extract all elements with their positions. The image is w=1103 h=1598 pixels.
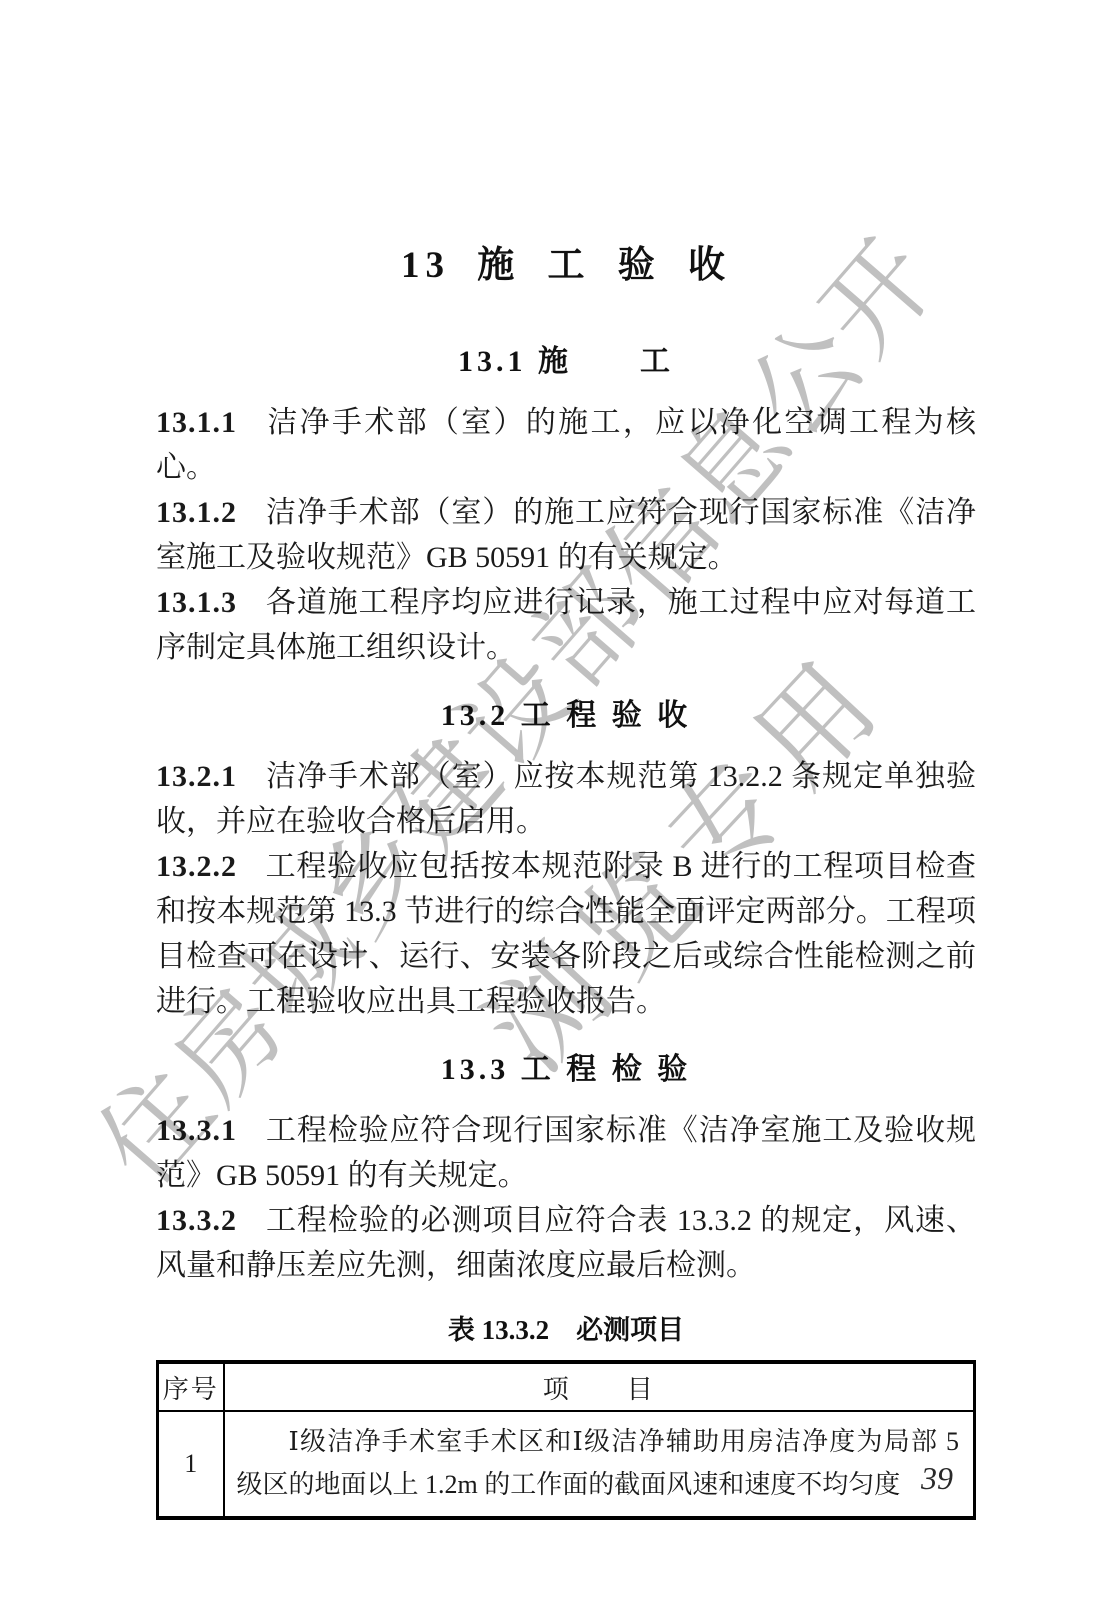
document-page: 13 施 工 验 收 13.1 施 工 13.1.1洁净手术部（室）的施工，应以… (0, 0, 1103, 1598)
page-number: 39 (921, 1460, 953, 1497)
clause-number: 13.1.3 (156, 586, 237, 619)
row-item-cell: Ⅰ级洁净手术室手术区和Ⅰ级洁净辅助用房洁净度为局部 5 级区的地面以上 1.2m… (224, 1411, 975, 1518)
clause-13-2-1: 13.2.1洁净手术部（室）应按本规范第 13.2.2 条规定单独验收，并应在验… (156, 754, 976, 844)
clause-text: 洁净手术部（室）的施工，应以净化空调工程为核心。 (156, 406, 976, 484)
clause-number: 13.2.2 (156, 850, 237, 883)
chapter-title: 13 施 工 验 收 (156, 242, 976, 290)
measured-items-table: 序号 项 目 1 Ⅰ级洁净手术室手术区和Ⅰ级洁净辅助用房洁净度为局部 5 级区的… (156, 1360, 976, 1520)
page-content: 13 施 工 验 收 13.1 施 工 13.1.1洁净手术部（室）的施工，应以… (156, 0, 976, 1520)
section-heading-13-2: 13.2 工 程 验 收 (156, 696, 976, 736)
clause-13-1-3: 13.1.3各道施工程序均应进行记录，施工过程中应对每道工序制定具体施工组织设计… (156, 580, 976, 670)
clause-13-1-2: 13.1.2洁净手术部（室）的施工应符合现行国家标准《洁净室施工及验收规范》GB… (156, 490, 976, 580)
clause-number: 13.3.1 (156, 1114, 237, 1147)
clause-text: 洁净手术部（室）的施工应符合现行国家标准《洁净室施工及验收规范》GB 50591… (156, 496, 976, 574)
clause-text: 工程验收应包括按本规范附录 B 进行的工程项目检查和按本规范第 13.3 节进行… (156, 850, 976, 1018)
clause-text: 洁净手术部（室）应按本规范第 13.2.2 条规定单独验收，并应在验收合格后启用… (156, 760, 976, 838)
clause-text: 各道施工程序均应进行记录，施工过程中应对每道工序制定具体施工组织设计。 (156, 586, 976, 664)
clause-13-2-2: 13.2.2工程验收应包括按本规范附录 B 进行的工程项目检查和按本规范第 13… (156, 844, 976, 1024)
section-heading-13-1: 13.1 施 工 (156, 342, 976, 382)
clause-number: 13.1.2 (156, 496, 237, 529)
clause-text: 工程检验的必测项目应符合表 13.3.2 的规定，风速、风量和静压差应先测，细菌… (156, 1204, 976, 1282)
table-header-no: 序号 (158, 1362, 224, 1411)
clause-text: 工程检验应符合现行国家标准《洁净室施工及验收规范》GB 50591 的有关规定。 (156, 1114, 976, 1192)
clause-13-3-1: 13.3.1工程检验应符合现行国家标准《洁净室施工及验收规范》GB 50591 … (156, 1108, 976, 1198)
table-row: 1 Ⅰ级洁净手术室手术区和Ⅰ级洁净辅助用房洁净度为局部 5 级区的地面以上 1.… (158, 1411, 975, 1518)
table-caption: 表 13.3.2 必测项目 (156, 1312, 976, 1348)
clause-number: 13.2.1 (156, 760, 237, 793)
clause-13-1-1: 13.1.1洁净手术部（室）的施工，应以净化空调工程为核心。 (156, 400, 976, 490)
clause-number: 13.1.1 (156, 406, 237, 439)
table-header-item: 项 目 (224, 1362, 975, 1411)
section-heading-13-3: 13.3 工 程 检 验 (156, 1050, 976, 1090)
row-number-cell: 1 (158, 1411, 224, 1518)
table-header-row: 序号 项 目 (158, 1362, 975, 1411)
clause-13-3-2: 13.3.2工程检验的必测项目应符合表 13.3.2 的规定，风速、风量和静压差… (156, 1198, 976, 1288)
clause-number: 13.3.2 (156, 1204, 237, 1237)
